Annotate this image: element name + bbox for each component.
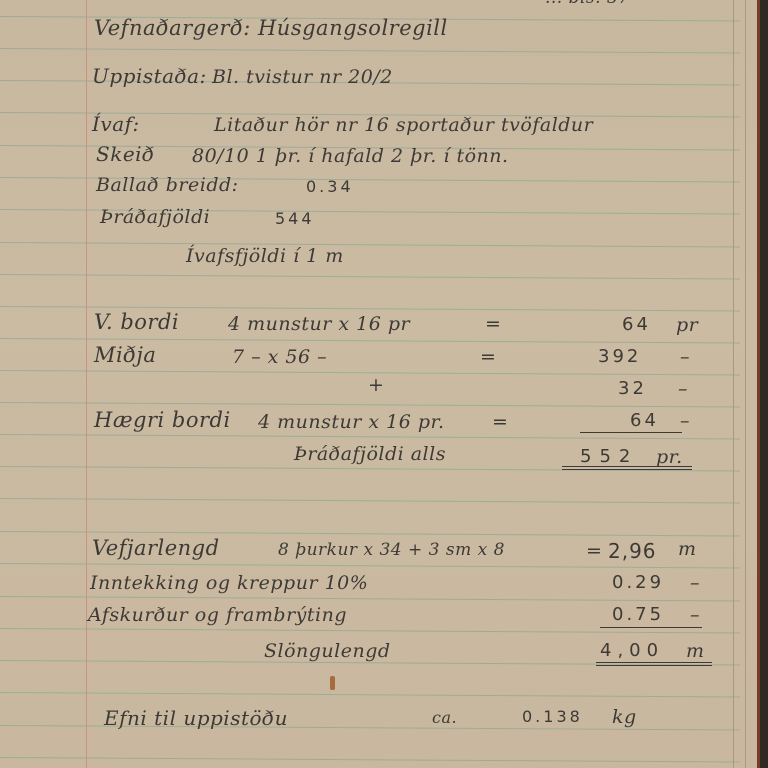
row-label: Hægri bordi [94, 408, 231, 432]
spec-label-weft: Ívaf: [92, 112, 140, 136]
row-eq: = [492, 411, 508, 433]
row-plus: + [368, 374, 384, 396]
row-value: 392 [598, 346, 641, 367]
sum-underline [580, 432, 682, 433]
row-value: 64 [630, 410, 659, 431]
material-label: Efni til uppistöðu [104, 706, 288, 730]
row-value: 32 [618, 378, 647, 399]
material-unit: kg [612, 706, 637, 728]
row-eq: = [586, 540, 602, 562]
row-value: 0.75 [612, 604, 664, 625]
material-value: 0.138 [522, 707, 583, 726]
row-unit: – [680, 410, 690, 432]
total-unit: pr. [656, 446, 683, 468]
row-unit: pr [676, 314, 698, 336]
page-title: Vefnaðargerð: Húsgangsolregill [94, 16, 448, 40]
sum-underline [600, 627, 702, 628]
book-spine-shadow [760, 0, 768, 768]
total-value: 4,00 [600, 640, 664, 661]
row-unit: – [690, 604, 700, 626]
rule-line [0, 498, 740, 504]
row-eq: = [485, 313, 501, 335]
right-margin-line [745, 0, 746, 768]
rule-line [0, 242, 740, 248]
spec-value-threads: 544 [275, 209, 315, 228]
ink-stain [330, 676, 335, 690]
right-margin-line [733, 0, 734, 768]
total-double-underline [596, 662, 712, 663]
spec-label-width: Ballað breidd: [96, 174, 239, 196]
row-value: 2,96 [608, 539, 657, 563]
row-desc: 4 munstur x 16 pr. [258, 411, 445, 433]
spec-value-width: 0.34 [306, 177, 354, 196]
material-approx: ca. [432, 708, 457, 727]
row-value: 0.29 [612, 572, 664, 593]
total-double-underline [562, 466, 692, 467]
margin-line [86, 0, 87, 768]
rule-line [0, 596, 740, 602]
row-label: Inntekking og kreppur 10% [90, 572, 368, 594]
total-label: Þráðafjöldi alls [294, 443, 446, 465]
rule-line [0, 402, 740, 408]
rule-line [0, 563, 740, 569]
row-unit: – [680, 346, 690, 368]
notebook-page: ... bls. 37 Vefnaðargerð: Húsgangsolregi… [0, 0, 757, 768]
spec-value-warp: Bl. tvistur nr 20/2 [212, 66, 393, 88]
row-unit: – [690, 572, 700, 594]
row-label: Afskurður og frambrýting [88, 604, 347, 626]
row-label: Vefjarlengd [92, 536, 220, 560]
total-value: 552 [580, 446, 638, 467]
rule-line [0, 628, 740, 634]
row-eq: = [480, 346, 496, 368]
rule-line [0, 274, 740, 280]
total-double-underline [596, 665, 712, 666]
row-desc: 4 munstur x 16 pr [228, 313, 410, 335]
spec-label-warp: Uppistaða: [92, 64, 207, 88]
spec-weft-count: Ívafsfjöldi í 1 m [186, 245, 344, 267]
row-desc: 8 þurkur x 34 + 3 sm x 8 [278, 540, 505, 560]
spec-label-reed: Skeið [96, 142, 155, 166]
total-unit: m [686, 640, 705, 662]
row-unit: m [678, 538, 697, 560]
header-fragment: ... bls. 37 [545, 0, 630, 8]
row-unit: – [678, 378, 688, 400]
row-desc: 7 – x 56 – [232, 346, 327, 368]
rule-line [0, 757, 740, 763]
rule-line [0, 434, 740, 440]
spec-label-threads: Þráðafjöldi [100, 206, 210, 228]
rule-line [0, 48, 740, 54]
spec-value-weft: Litaður hör nr 16 sportaður tvöfaldur [214, 114, 593, 136]
row-value: 64 [622, 314, 651, 335]
total-double-underline [562, 469, 692, 470]
row-label: Miðja [94, 343, 156, 367]
spec-value-reed: 80/10 1 þr. í hafald 2 þr. í tönn. [192, 145, 509, 167]
rule-line [0, 692, 740, 698]
total-label: Slöngulengd [264, 640, 391, 662]
row-label: V. bordi [94, 310, 179, 334]
